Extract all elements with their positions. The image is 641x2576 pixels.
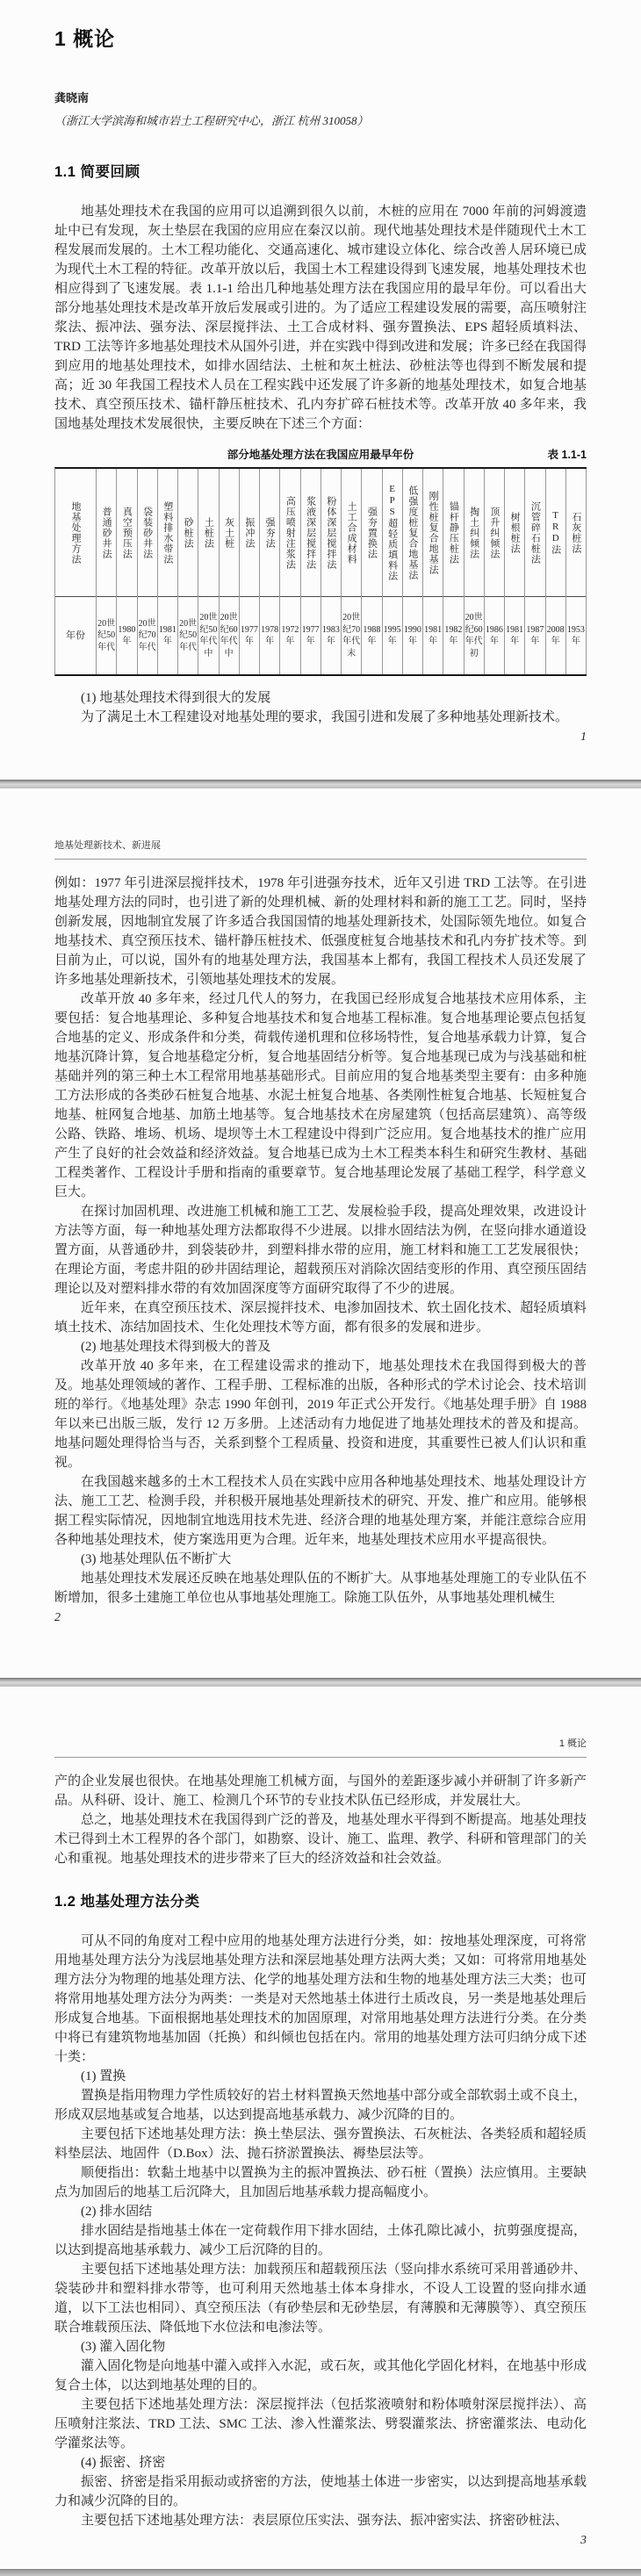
table-column: 真空预压法1980年: [117, 469, 137, 674]
first-use-year: 1995年: [383, 597, 402, 674]
table-column: EPS超轻质填料法1995年: [383, 469, 403, 674]
method-name: 树根桩法: [505, 469, 524, 597]
page-2: 地基处理新技术、新进展 例如：1977 年引进深层搅拌技术，1978 年引进强夯…: [0, 788, 641, 1678]
table-column: 塑料排水带法1981年: [158, 469, 178, 674]
author-name: 龚晓南: [54, 89, 587, 105]
first-use-year: 1987年: [525, 597, 544, 674]
paragraph: (2) 排水固结: [54, 2202, 587, 2221]
table-title: 部分地基处理方法在我国应用最早年份: [54, 446, 587, 462]
paragraph: 在我国越来越多的土木工程技术人员在实践中应用各种地基处理技术、地基处理设计方法、…: [54, 1472, 587, 1550]
paragraph: 在探讨加固机理、改进施工机械和施工工艺、发展检验手段，提高处理效果，改进设计方法…: [54, 1202, 587, 1299]
running-head: 1 概论: [54, 1687, 587, 1758]
paragraph: 主要包括下述地基处理方法：换土垫层法、强夯置换法、石灰桩法、各类轻质和超轻质料垫…: [54, 2125, 587, 2163]
paragraph: 产的企业发展也很快。在地基处理施工机械方面，与国外的差距逐步减小并研制了许多新产…: [54, 1772, 587, 1810]
table-caption: 部分地基处理方法在我国应用最早年份 表 1.1-1: [54, 446, 587, 462]
table-column: 刚性桩复合地基法1981年: [423, 469, 443, 674]
method-name: 掏土纠倾法: [465, 469, 484, 597]
first-use-year: 1981年: [505, 597, 524, 674]
first-use-year: 1988年: [362, 597, 381, 674]
paragraph: 主要包括下述地基处理方法：深层搅拌法（包括浆液喷射和粉体喷射深层搅拌法）、高压喷…: [54, 2395, 587, 2453]
method-name: 塑料排水带法: [158, 469, 177, 597]
first-use-year: 1977年: [240, 597, 259, 674]
page-number: 3: [54, 2534, 587, 2548]
chapter-title: 1 概论: [54, 0, 587, 52]
paragraph: 置换是指用物理力学性质较好的岩土材料置换天然地基中部分或全部软弱土或不良土，形成…: [54, 2086, 587, 2125]
first-use-year: 1981年: [423, 597, 443, 674]
page-3: 1 概论 产的企业发展也很快。在地基处理施工机械方面，与国外的差距逐步减小并研制…: [0, 1687, 641, 2569]
method-name: 浆液深层搅拌法: [301, 469, 320, 597]
paragraph: 近年来，在真空预压技术、深层搅拌技术、电渗加固技术、软土固化技术、超轻质填料填土…: [54, 1299, 587, 1337]
method-name: 高压喷射注浆法: [280, 469, 299, 597]
paragraph: (4) 振密、挤密: [54, 2453, 587, 2472]
scanned-book-document: 1 概论 龚晓南 （浙江大学滨海和城市岩土工程研究中心，浙江 杭州 310058…: [0, 0, 641, 2576]
page-1: 1 概论 龚晓南 （浙江大学滨海和城市岩土工程研究中心，浙江 杭州 310058…: [0, 0, 641, 780]
paragraph: 改革开放 40 多年来，经过几代人的努力，在我国已经形成复合地基技术应用体系，主…: [54, 989, 587, 1202]
first-use-year: 1953年: [566, 597, 586, 674]
table-column: 石灰桩法1953年: [566, 469, 587, 674]
first-use-year: 20世纪70年代末: [342, 597, 361, 674]
paragraph: (1) 地基处理技术得到很大的发展: [54, 688, 587, 708]
table-column: 砂桩法20世纪50年代: [178, 469, 198, 674]
first-use-year: 1980年: [117, 597, 136, 674]
method-name: 强夯法: [260, 469, 279, 597]
paragraph: 排水固结是指地基土体在一定荷载作用下排水固结，土体孔隙比减小，抗剪强度提高，以达…: [54, 2221, 587, 2260]
first-use-year: 1990年: [403, 597, 422, 674]
method-name: TRD法: [546, 469, 565, 597]
first-use-year: 20世纪50年代: [97, 597, 116, 674]
table-column: 高压喷射注浆法1972年: [280, 469, 300, 674]
first-use-year: 1972年: [280, 597, 299, 674]
paragraph: (3) 灌入固化物: [54, 2337, 587, 2357]
table-column: 灰土桩20世纪60年代中: [220, 469, 240, 674]
paragraph: 顺便指出：软黏土地基中以置换为主的振冲置换法、砂石桩（置换）法应慎用。主要缺点为…: [54, 2163, 587, 2202]
method-name: 石灰桩法: [566, 469, 586, 597]
page-separator: [0, 1678, 641, 1687]
first-use-year: 20世纪50年代: [178, 597, 198, 674]
table-column: 浆液深层搅拌法1977年: [301, 469, 321, 674]
table-corner-label: 地基处理方法: [55, 469, 96, 597]
table-column: 土工合成材料20世纪70年代末: [342, 469, 362, 674]
page-number: 1: [54, 730, 587, 745]
first-use-year: 20世纪50年代中: [198, 597, 218, 674]
paragraph: 灌入固化物是向地基中灌入或拌入水泥，或石灰，或其他化学固化材料，在地基中形成复合…: [54, 2357, 587, 2395]
section-heading-1-1: 1.1 简要回顾: [54, 160, 587, 181]
table-column: 顶升纠倾法1986年: [485, 469, 505, 674]
method-name: 锚杆静压桩法: [443, 469, 463, 597]
running-head: 地基处理新技术、新进展: [54, 788, 587, 860]
method-name: 砂桩法: [178, 469, 198, 597]
page-number: 2: [54, 1611, 587, 1625]
first-use-year: 20世纪60年代初: [465, 597, 484, 674]
method-name: 粉体深层搅拌法: [321, 469, 341, 597]
first-use-year: 1977年: [301, 597, 320, 674]
paragraph: 地基处理技术发展还反映在地基处理队伍的不断扩大。从事地基处理施工的专业队伍不断增…: [54, 1569, 587, 1608]
table-column: 低强度桩复合地基法1990年: [403, 469, 423, 674]
page-separator: [0, 780, 641, 788]
paragraph: (2) 地基处理技术得到极大的普及: [54, 1337, 587, 1356]
table-column: 强夯置换法1988年: [362, 469, 382, 674]
method-name: 灰土桩: [220, 469, 239, 597]
method-name: 沉管碎石桩法: [525, 469, 544, 597]
first-use-year: 1983年: [321, 597, 341, 674]
table-column: 土桩法20世纪50年代中: [198, 469, 219, 674]
author-affiliation: （浙江大学滨海和城市岩土工程研究中心，浙江 杭州 310058）: [54, 112, 587, 128]
method-name: 刚性桩复合地基法: [423, 469, 443, 597]
paragraph: 地基处理技术在我国的应用可以追溯到很久以前，木桩的应用在 7000 年前的河姆渡…: [54, 202, 587, 434]
method-name: 强夯置换法: [362, 469, 381, 597]
table-year-row-label: 年份: [55, 597, 96, 674]
table-column: 袋装砂井法20世纪70年代: [138, 469, 158, 674]
paragraph: 可从不同的角度对工程中应用的地基处理方法进行分类，如：按地基处理深度，可将常用地…: [54, 1932, 587, 2067]
table-label: 表 1.1-1: [548, 446, 587, 462]
table-column: 普通砂井法20世纪50年代: [97, 469, 117, 674]
paragraph: 例如：1977 年引进深层搅拌技术，1978 年引进强夯技术，近年又引进 TRD…: [54, 874, 587, 989]
first-use-year: 20世纪60年代中: [220, 597, 239, 674]
method-name: 振冲法: [240, 469, 259, 597]
paragraph: 主要包括下述地基处理方法：表层原位压实法、强夯法、振冲密实法、挤密砂桩法、: [54, 2511, 587, 2530]
paragraph: 主要包括下述地基处理方法：加载预压和超载预压法（竖向排水系统可采用普通砂井、袋装…: [54, 2260, 587, 2337]
method-name: 普通砂井法: [97, 469, 116, 597]
paragraph: (1) 置换: [54, 2067, 587, 2086]
scan-edge: [0, 2569, 641, 2576]
paragraph: 总之，地基处理技术在我国得到广泛的普及，地基处理水平得到不断提高。地基处理技术已…: [54, 1810, 587, 1868]
method-name: 土工合成材料: [342, 469, 361, 597]
table-column: TRD法2008年: [546, 469, 566, 674]
method-name: 真空预压法: [117, 469, 136, 597]
method-name: EPS超轻质填料法: [383, 469, 402, 597]
first-use-year: 20世纪70年代: [138, 597, 157, 674]
first-use-year: 1982年: [443, 597, 463, 674]
method-name: 顶升纠倾法: [485, 469, 504, 597]
table-column: 掏土纠倾法20世纪60年代初: [465, 469, 485, 674]
method-name: 低强度桩复合地基法: [403, 469, 422, 597]
first-use-year: 1981年: [158, 597, 177, 674]
table-column-header: 地基处理方法 年份: [55, 469, 97, 674]
table-column: 锚杆静压桩法1982年: [443, 469, 464, 674]
first-use-year: 1978年: [260, 597, 279, 674]
paragraph: (3) 地基处理队伍不断扩大: [54, 1550, 587, 1569]
section-heading-1-2: 1.2 地基处理方法分类: [54, 1889, 587, 1910]
first-use-year: 2008年: [546, 597, 565, 674]
table-column: 振冲法1977年: [240, 469, 260, 674]
method-name: 袋装砂井法: [138, 469, 157, 597]
first-use-year: 1986年: [485, 597, 504, 674]
table-column: 强夯法1978年: [260, 469, 280, 674]
table-column: 树根桩法1981年: [505, 469, 525, 674]
method-name: 土桩法: [198, 469, 218, 597]
table-column: 沉管碎石桩法1987年: [525, 469, 545, 674]
paragraph: 改革开放 40 多年来，在工程建设需求的推动下，地基处理技术在我国得到极大的普及…: [54, 1356, 587, 1472]
earliest-years-table: 地基处理方法 年份 普通砂井法20世纪50年代 真空预压法1980年 袋装砂井法…: [54, 467, 587, 676]
paragraph: 为了满足土木工程建设对地基处理的要求，我国引进和发展了多种地基处理新技术。: [54, 708, 587, 727]
table-column: 粉体深层搅拌法1983年: [321, 469, 342, 674]
paragraph: 振密、挤密是指采用振动或挤密的方法，使地基土体进一步密实，以达到提高地基承载力和…: [54, 2472, 587, 2511]
